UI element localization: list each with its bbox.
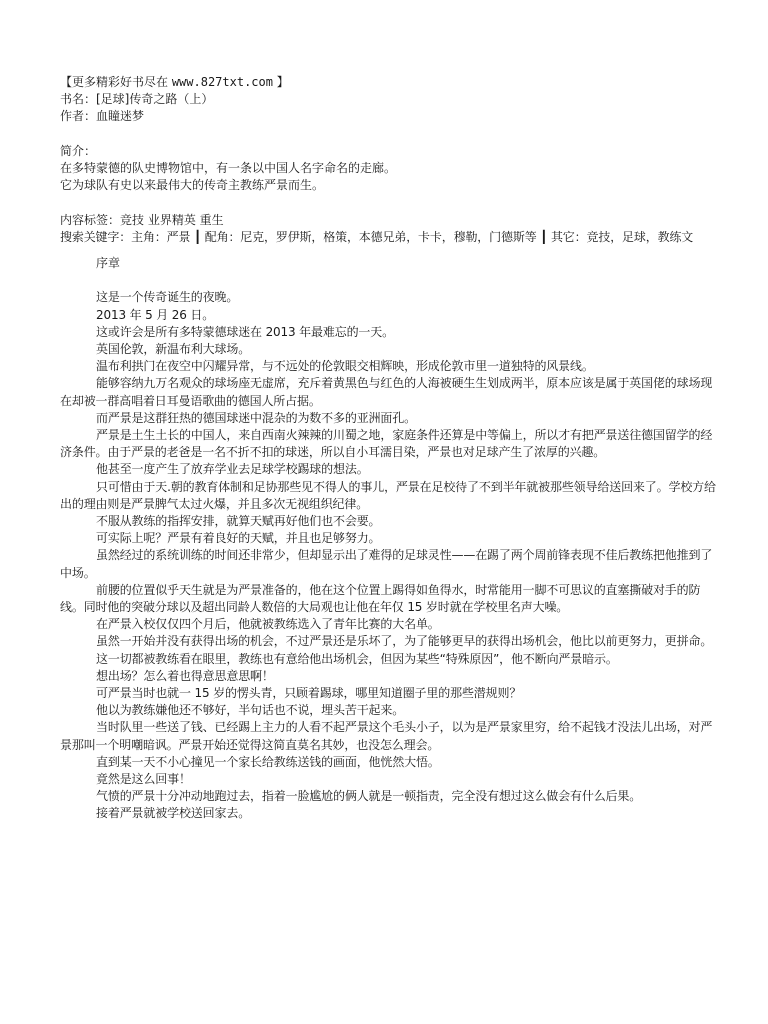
paragraph: 严景是土生土长的中国人，来自西南火辣辣的川蜀之地，家庭条件还算是中等偏上，所以才… (60, 427, 720, 461)
paragraph: 只可惜由于天.朝的教育体制和足协那些见不得人的事儿，严景在足校待了不到半年就被那… (60, 479, 720, 513)
author: 作者：血瞳迷梦 (60, 108, 720, 125)
paragraph: 而严景是这群狂热的德国球迷中混杂的为数不多的亚洲面孔。 (60, 410, 720, 427)
promo-url: www.827txt.com (172, 75, 273, 89)
paragraph: 在严景入校仅仅四个月后，他就被教练选入了青年比赛的大名单。 (60, 616, 720, 633)
paragraph: 可实际上呢？严景有着良好的天赋，并且也足够努力。 (60, 530, 720, 547)
paragraph: 英国伦敦，新温布利大球场。 (60, 341, 720, 358)
content-tags: 内容标签：竞技 业界精英 重生 (60, 212, 720, 229)
paragraph: 能够容纳九万名观众的球场座无虚席，充斥着黄黑色与红色的人海被硬生生划成两半，原本… (60, 375, 720, 409)
paragraph: 前腰的位置似乎天生就是为严景准备的，他在这个位置上踢得如鱼得水，时常能用一脚不可… (60, 582, 720, 616)
search-keywords: 搜索关键字：主角：严景 ┃ 配角：尼克，罗伊斯，格策，本德兄弟，卡卡，穆勒，门德… (60, 229, 720, 246)
spacer (60, 194, 720, 211)
paragraph: 直到某一天不小心撞见一个家长给教练送钱的画面，他恍然大悟。 (60, 754, 720, 771)
paragraph: 2013 年 5 月 26 日。 (60, 307, 720, 324)
chapter-title: 序章 (60, 255, 720, 272)
paragraph: 气愤的严景十分冲动地跑过去，指着一脸尴尬的俩人就是一顿指责，完全没有想过这么做会… (60, 788, 720, 805)
intro-label: 简介： (60, 143, 720, 160)
paragraph: 当时队里一些送了钱、已经踢上主力的人看不起严景这个毛头小子，以为是严景家里穷，给… (60, 719, 720, 753)
spacer (60, 272, 720, 289)
paragraph: 竟然是这么回事！ (60, 771, 720, 788)
spacer (60, 246, 720, 255)
paragraph: 虽然经过的系统训练的时间还非常少，但却显示出了难得的足球灵性——在踢了两个周前锋… (60, 547, 720, 581)
paragraph: 这一切都被教练看在眼里，教练也有意给他出场机会，但因为某些“特殊原因”，他不断向… (60, 651, 720, 668)
paragraph: 可严景当时也就一 15 岁的愣头青，只顾着踢球，哪里知道圈子里的那些潜规则？ (60, 685, 720, 702)
promo-prefix: 【更多精彩好书尽在 (60, 75, 172, 89)
paragraph: 这是一个传奇诞生的夜晚。 (60, 289, 720, 306)
paragraph: 温布利拱门在夜空中闪耀异常，与不远处的伦敦眼交相辉映，形成伦敦市里一道独特的风景… (60, 358, 720, 375)
paragraph: 他甚至一度产生了放弃学业去足球学校踢球的想法。 (60, 461, 720, 478)
paragraph: 他以为教练嫌他还不够好，半句话也不说，埋头苦干起来。 (60, 702, 720, 719)
document-page: 【更多精彩好书尽在 www.827txt.com 】 书名：[足球]传奇之路（上… (60, 74, 720, 823)
promo-line: 【更多精彩好书尽在 www.827txt.com 】 (60, 74, 720, 91)
paragraph: 虽然一开始并没有获得出场的机会，不过严景还是乐坏了，为了能够更早的获得出场机会，… (60, 633, 720, 650)
intro-line: 它为球队有史以来最伟大的传奇主教练严景而生。 (60, 177, 720, 194)
spacer (60, 126, 720, 143)
paragraph: 这或许会是所有多特蒙德球迷在 2013 年最难忘的一天。 (60, 324, 720, 341)
paragraph: 想出场？怎么着也得意思意思啊！ (60, 668, 720, 685)
intro-line: 在多特蒙德的队史博物馆中，有一条以中国人名字命名的走廊。 (60, 160, 720, 177)
paragraph: 接着严景就被学校送回家去。 (60, 805, 720, 822)
paragraph: 不服从教练的指挥安排，就算天赋再好他们也不会要。 (60, 513, 720, 530)
promo-suffix: 】 (273, 75, 289, 89)
book-title: 书名：[足球]传奇之路（上） (60, 91, 720, 108)
